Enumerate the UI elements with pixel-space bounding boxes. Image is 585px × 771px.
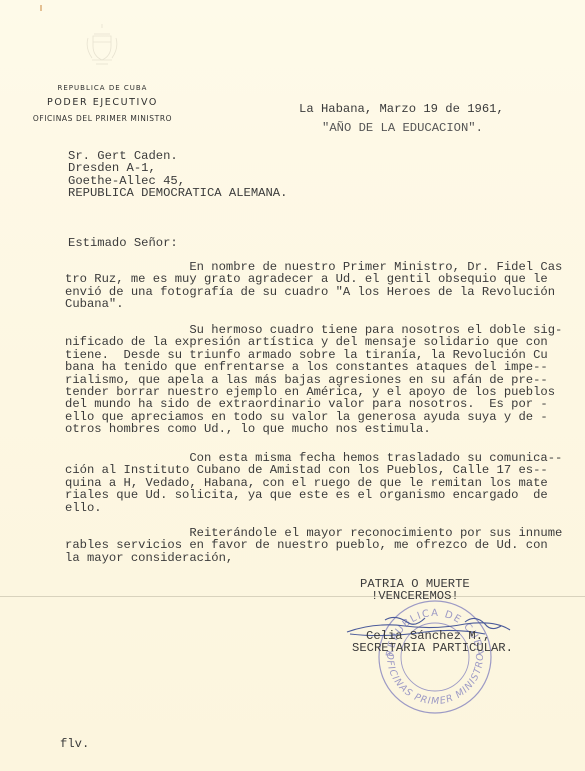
signatory-title: SECRETARIA PARTICULAR. xyxy=(352,642,513,654)
letterhead-office: OFICINAS DEL PRIMER MINISTRO xyxy=(20,113,185,125)
coat-of-arms-icon xyxy=(80,22,124,68)
paragraph-line: riales que Ud. solicita, ya que este es … xyxy=(65,489,562,501)
recipient-address: Sr. Gert Caden.Dresden A-1,Goethe-Allec … xyxy=(68,150,287,200)
svg-text:OFICINAS PRIMER MINISTRO: OFICINAS PRIMER MINISTRO xyxy=(384,652,486,707)
place-and-date: La Habana, Marzo 19 de 1961, xyxy=(299,103,504,115)
typist-initials: flv. xyxy=(60,738,89,750)
paragraph-line: ello. xyxy=(65,502,562,514)
paragraph-line: rables servicios en favor de nuestro pue… xyxy=(65,539,562,551)
paragraph-line: Cubana". xyxy=(65,298,562,310)
body-paragraph-1: En nombre de nuestro Primer Ministro, Dr… xyxy=(65,261,562,311)
body-paragraph-3: Con esta misma fecha hemos trasladado su… xyxy=(65,452,562,514)
letterhead-republic: REPUBLICA DE CUBA xyxy=(20,83,185,93)
paragraph-line: del mundo ha sido de extraordinario valo… xyxy=(65,398,562,410)
paragraph-line: tro Ruz, me es muy grato agradecer a Ud.… xyxy=(65,273,562,285)
body-paragraph-2: Su hermoso cuadro tiene para nosotros el… xyxy=(65,324,562,436)
salutation: Estimado Señor: xyxy=(68,237,178,249)
paper-fold-line xyxy=(0,596,585,597)
paragraph-line: otros hombres como Ud., lo que mucho nos… xyxy=(65,423,562,435)
paragraph-line: nificado de la expresión artística y del… xyxy=(65,336,562,348)
paragraph-line: ción al Instituto Cubano de Amistad con … xyxy=(65,464,562,476)
paper-stain xyxy=(40,5,42,11)
signatory-block: Celia Sánchez M.,SECRETARIA PARTICULAR. xyxy=(352,630,513,655)
letterhead-executive: PODER EJECUTIVO xyxy=(20,96,185,110)
body-paragraph-4: Reiterándole el mayor reconocimiento por… xyxy=(65,527,562,564)
paragraph-line: la mayor consideración, xyxy=(65,552,562,564)
letterhead: REPUBLICA DE CUBA PODER EJECUTIVO OFICIN… xyxy=(20,83,185,125)
letter-page: REPUBLICA DE CUBA PODER EJECUTIVO OFICIN… xyxy=(0,0,585,771)
paragraph-line: envió de una fotografía de su cuadro "A … xyxy=(65,286,562,298)
paragraph-line: bana ha tenido que enfrentarse a los con… xyxy=(65,361,562,373)
recipient-city: Dresden A-1, xyxy=(68,162,287,174)
year-motto: "AÑO DE LA EDUCACION". xyxy=(322,122,483,134)
recipient-country: REPUBLICA DEMOCRATICA ALEMANA. xyxy=(68,187,287,199)
